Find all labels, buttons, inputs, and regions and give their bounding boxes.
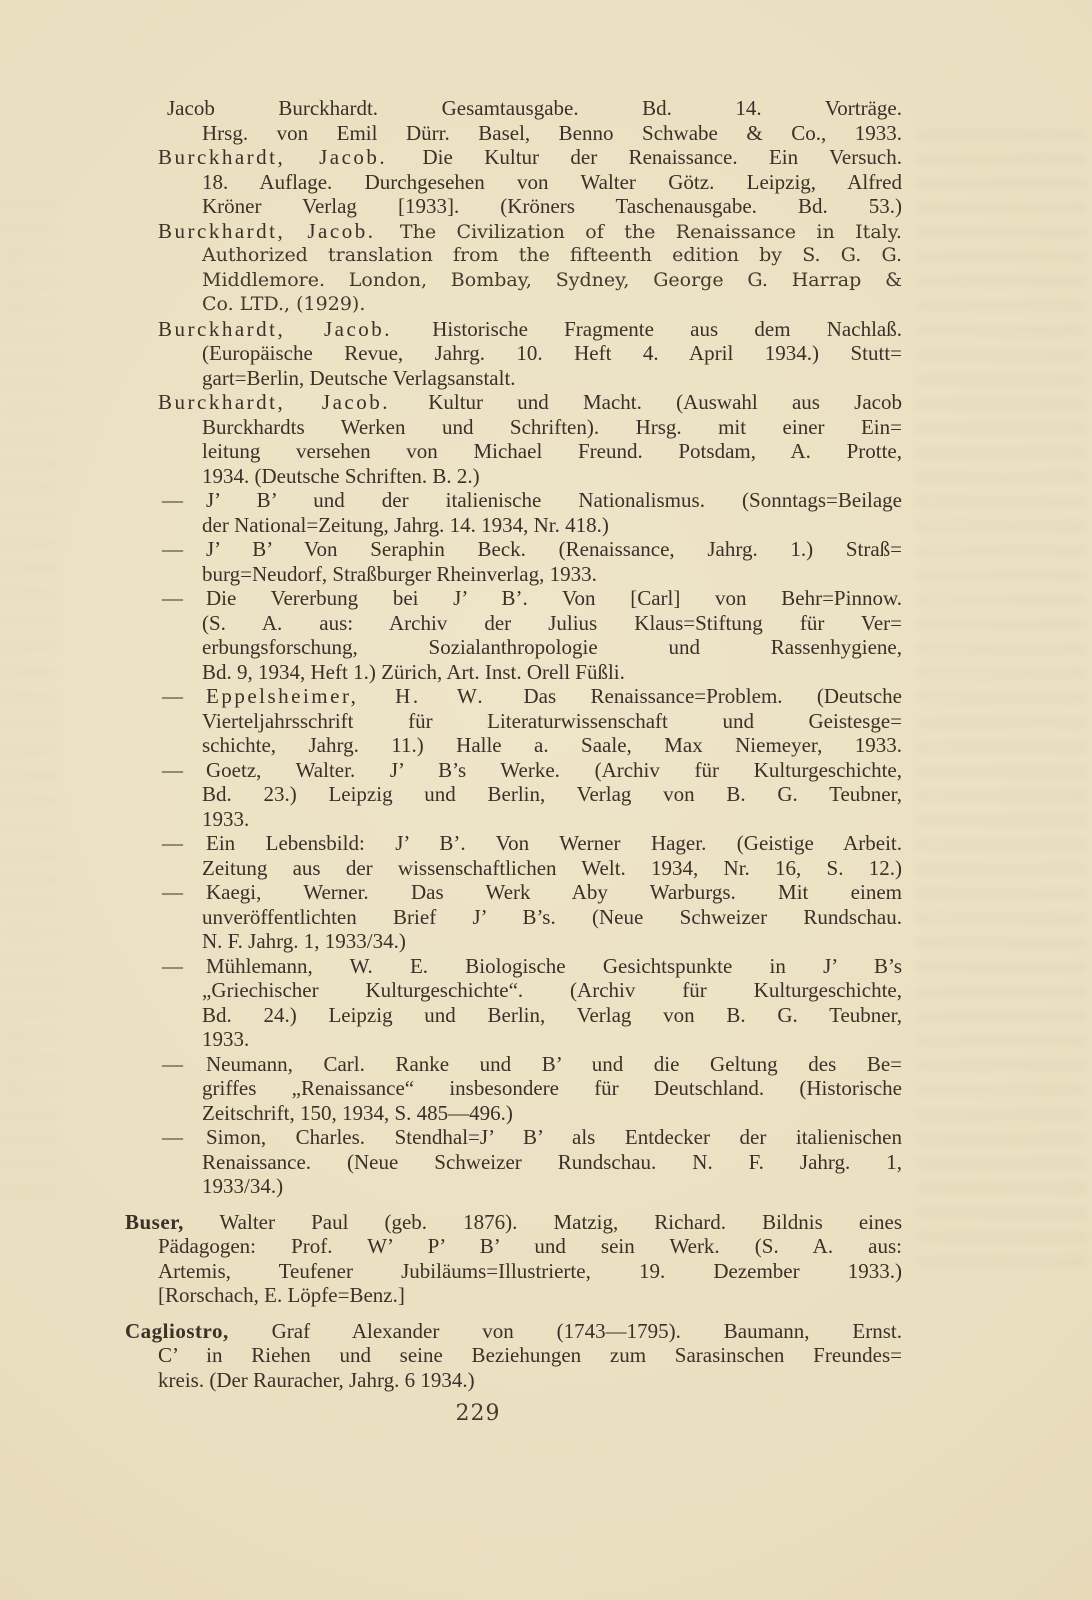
- line-text: J’ B’ Von Seraphin Beck. (Renaissance, J…: [206, 537, 902, 562]
- bibliography-line: „Griechischer Kulturgeschichte“. (Archiv…: [202, 978, 902, 1003]
- line-text: Die Vererbung bei J’ B’. Von [Carl] von …: [206, 586, 902, 611]
- bibliography-line: gart=Berlin, Deutsche Verlagsanstalt.: [202, 366, 902, 391]
- em-dash-repeat-mark: —: [162, 586, 206, 611]
- bibliography-line: Burckhardt, Jacob. Historische Fragmente…: [158, 317, 902, 342]
- bibliography-line: griffes „Renaissance“ insbesondere für D…: [202, 1076, 902, 1101]
- bibliography-line: Burckhardt, Jacob. The Civilization of t…: [158, 219, 902, 244]
- line-text: Kaegi, Werner. Das Werk Aby Warburgs. Mi…: [206, 880, 902, 905]
- em-dash-repeat-mark: —: [162, 1052, 206, 1077]
- line-text: Ein Lebensbild: J’ B’. Von Werner Hager.…: [206, 831, 902, 856]
- bibliography-line: Bd. 23.) Leipzig und Berlin, Verlag von …: [202, 782, 902, 807]
- bibliography-line: Kröner Verlag [1933]. (Kröners Taschenau…: [202, 194, 902, 219]
- bibliography-line: 1933/34.): [202, 1174, 902, 1199]
- bibliography-line: [Rorschach, E. Löpfe=Benz.]: [158, 1283, 902, 1308]
- bibliography-line: 1933.: [202, 807, 902, 832]
- bibliography-line: C’ in Riehen und seine Beziehungen zum S…: [158, 1343, 902, 1368]
- bibliography-line: (Europäische Revue, Jahrg. 10. Heft 4. A…: [202, 341, 902, 366]
- author-name-letterspaced: Burckhardt, Jacob.: [158, 390, 390, 414]
- em-dash-repeat-mark: —: [162, 880, 206, 905]
- em-dash-repeat-mark: —: [162, 537, 206, 562]
- bibliography-line: Burckhardt, Jacob. Kultur und Macht. (Au…: [158, 390, 902, 415]
- bibliography-line: der National=Zeitung, Jahrg. 14. 1934, N…: [202, 513, 902, 538]
- bibliography-line: 1933.: [202, 1027, 902, 1052]
- bibliography-line: —Kaegi, Werner. Das Werk Aby Warburgs. M…: [158, 880, 902, 905]
- headword-bold: Buser,: [125, 1210, 184, 1234]
- bibliography-line: 18. Auflage. Durchgesehen von Walter Göt…: [202, 170, 902, 195]
- bibliography-line: Vierteljahrsschrift für Literaturwissens…: [202, 709, 902, 734]
- bibliography-line: Artemis, Teufener Jubiläums=Illustrierte…: [158, 1259, 902, 1284]
- author-name-letterspaced: Burckhardt, Jacob.: [158, 317, 392, 341]
- em-dash-repeat-mark: —: [162, 758, 206, 783]
- bibliography-line: Authorized translation from the fifteent…: [202, 243, 902, 268]
- verso-bleed-through-left: [0, 200, 60, 1200]
- em-dash-repeat-mark: —: [162, 1125, 206, 1150]
- bibliography-line: Burckhardt, Jacob. Die Kultur der Renais…: [158, 145, 902, 170]
- line-text: Goetz, Walter. J’ B’s Werke. (Archiv für…: [206, 758, 902, 783]
- author-name-letterspaced: Burckhardt, Jacob.: [158, 219, 375, 243]
- bibliography-line: unveröffentlichten Brief J’ B’s. (Neue S…: [202, 905, 902, 930]
- em-dash-repeat-mark: —: [162, 684, 206, 709]
- bibliography-line: Cagliostro, Graf Alexander von (1743—179…: [125, 1319, 902, 1344]
- bibliography-line: Zeitung aus der wissenschaftlichen Welt.…: [202, 856, 902, 881]
- author-name-letterspaced: Eppelsheimer, H. W.: [206, 684, 485, 708]
- headword-bold: Cagliostro,: [125, 1319, 229, 1343]
- bibliography-line: leitung versehen von Michael Freund. Pot…: [202, 439, 902, 464]
- bibliography-line: Zeitschrift, 150, 1934, S. 485—496.): [202, 1101, 902, 1126]
- line-text: Eppelsheimer, H. W. Das Renaissance=Prob…: [206, 684, 902, 709]
- bibliography-line: Renaissance. (Neue Schweizer Rundschau. …: [202, 1150, 902, 1175]
- bibliography-line: —J’ B’ und der italienische Nationalismu…: [158, 488, 902, 513]
- bibliography-line: Burckhardts Werken und Schriften). Hrsg.…: [202, 415, 902, 440]
- bibliography-line: schichte, Jahrg. 11.) Halle a. Saale, Ma…: [202, 733, 902, 758]
- bibliography-line: Middlemore. London, Bombay, Sydney, Geor…: [202, 268, 902, 293]
- line-text: Neumann, Carl. Ranke und B’ und die Gelt…: [206, 1052, 902, 1077]
- bibliography-line: kreis. (Der Rauracher, Jahrg. 6 1934.): [158, 1368, 902, 1393]
- bibliography-line: 1934. (Deutsche Schriften. B. 2.): [202, 464, 902, 489]
- bibliography-line: —Eppelsheimer, H. W. Das Renaissance=Pro…: [158, 684, 902, 709]
- bibliography-line: —Ein Lebensbild: J’ B’. Von Werner Hager…: [158, 831, 902, 856]
- em-dash-repeat-mark: —: [162, 954, 206, 979]
- line-text: Simon, Charles. Stendhal=J’ B’ als Entde…: [206, 1125, 902, 1150]
- bibliography-line: —Mühlemann, W. E. Biologische Gesichtspu…: [158, 954, 902, 979]
- bibliography-line: Jacob Burckhardt. Gesamtausgabe. Bd. 14.…: [167, 96, 902, 121]
- bibliography-line: —J’ B’ Von Seraphin Beck. (Renaissance, …: [158, 537, 902, 562]
- bibliography-line: Bd. 24.) Leipzig und Berlin, Verlag von …: [202, 1003, 902, 1028]
- line-text: J’ B’ und der italienische Nationalismus…: [206, 488, 902, 513]
- bibliography-line: Co. LTD., (1929).: [202, 292, 902, 317]
- em-dash-repeat-mark: —: [162, 831, 206, 856]
- bibliography-line: N. F. Jahrg. 1, 1933/34.): [202, 929, 902, 954]
- bibliography-line: erbungsforschung, Sozialanthropologie un…: [202, 635, 902, 660]
- bibliography-line: Buser, Walter Paul (geb. 1876). Matzig, …: [125, 1210, 902, 1235]
- bibliography-line: (S. A. aus: Archiv der Julius Klaus=Stif…: [202, 611, 902, 636]
- line-text: Mühlemann, W. E. Biologische Gesichtspun…: [206, 954, 902, 979]
- author-name-letterspaced: Burckhardt, Jacob.: [158, 145, 387, 169]
- bibliography-line: Pädagogen: Prof. W’ P’ B’ und sein Werk.…: [158, 1234, 902, 1259]
- bibliography-line: —Simon, Charles. Stendhal=J’ B’ als Entd…: [158, 1125, 902, 1150]
- verso-bleed-through-right: [916, 130, 1086, 1280]
- bibliography-line: —Die Vererbung bei J’ B’. Von [Carl] von…: [158, 586, 902, 611]
- bibliography-line: —Neumann, Carl. Ranke und B’ und die Gel…: [158, 1052, 902, 1077]
- bibliography-line: Bd. 9, 1934, Heft 1.) Zürich, Art. Inst.…: [202, 660, 902, 685]
- page-number: 229: [158, 1401, 798, 1426]
- em-dash-repeat-mark: —: [162, 488, 206, 513]
- bibliography-line: Hrsg. von Emil Dürr. Basel, Benno Schwab…: [202, 121, 902, 146]
- bibliography-line: burg=Neudorf, Straßburger Rheinverlag, 1…: [202, 562, 902, 587]
- bibliography-line: —Goetz, Walter. J’ B’s Werke. (Archiv fü…: [158, 758, 902, 783]
- bibliography-text-block: Jacob Burckhardt. Gesamtausgabe. Bd. 14.…: [158, 96, 902, 1392]
